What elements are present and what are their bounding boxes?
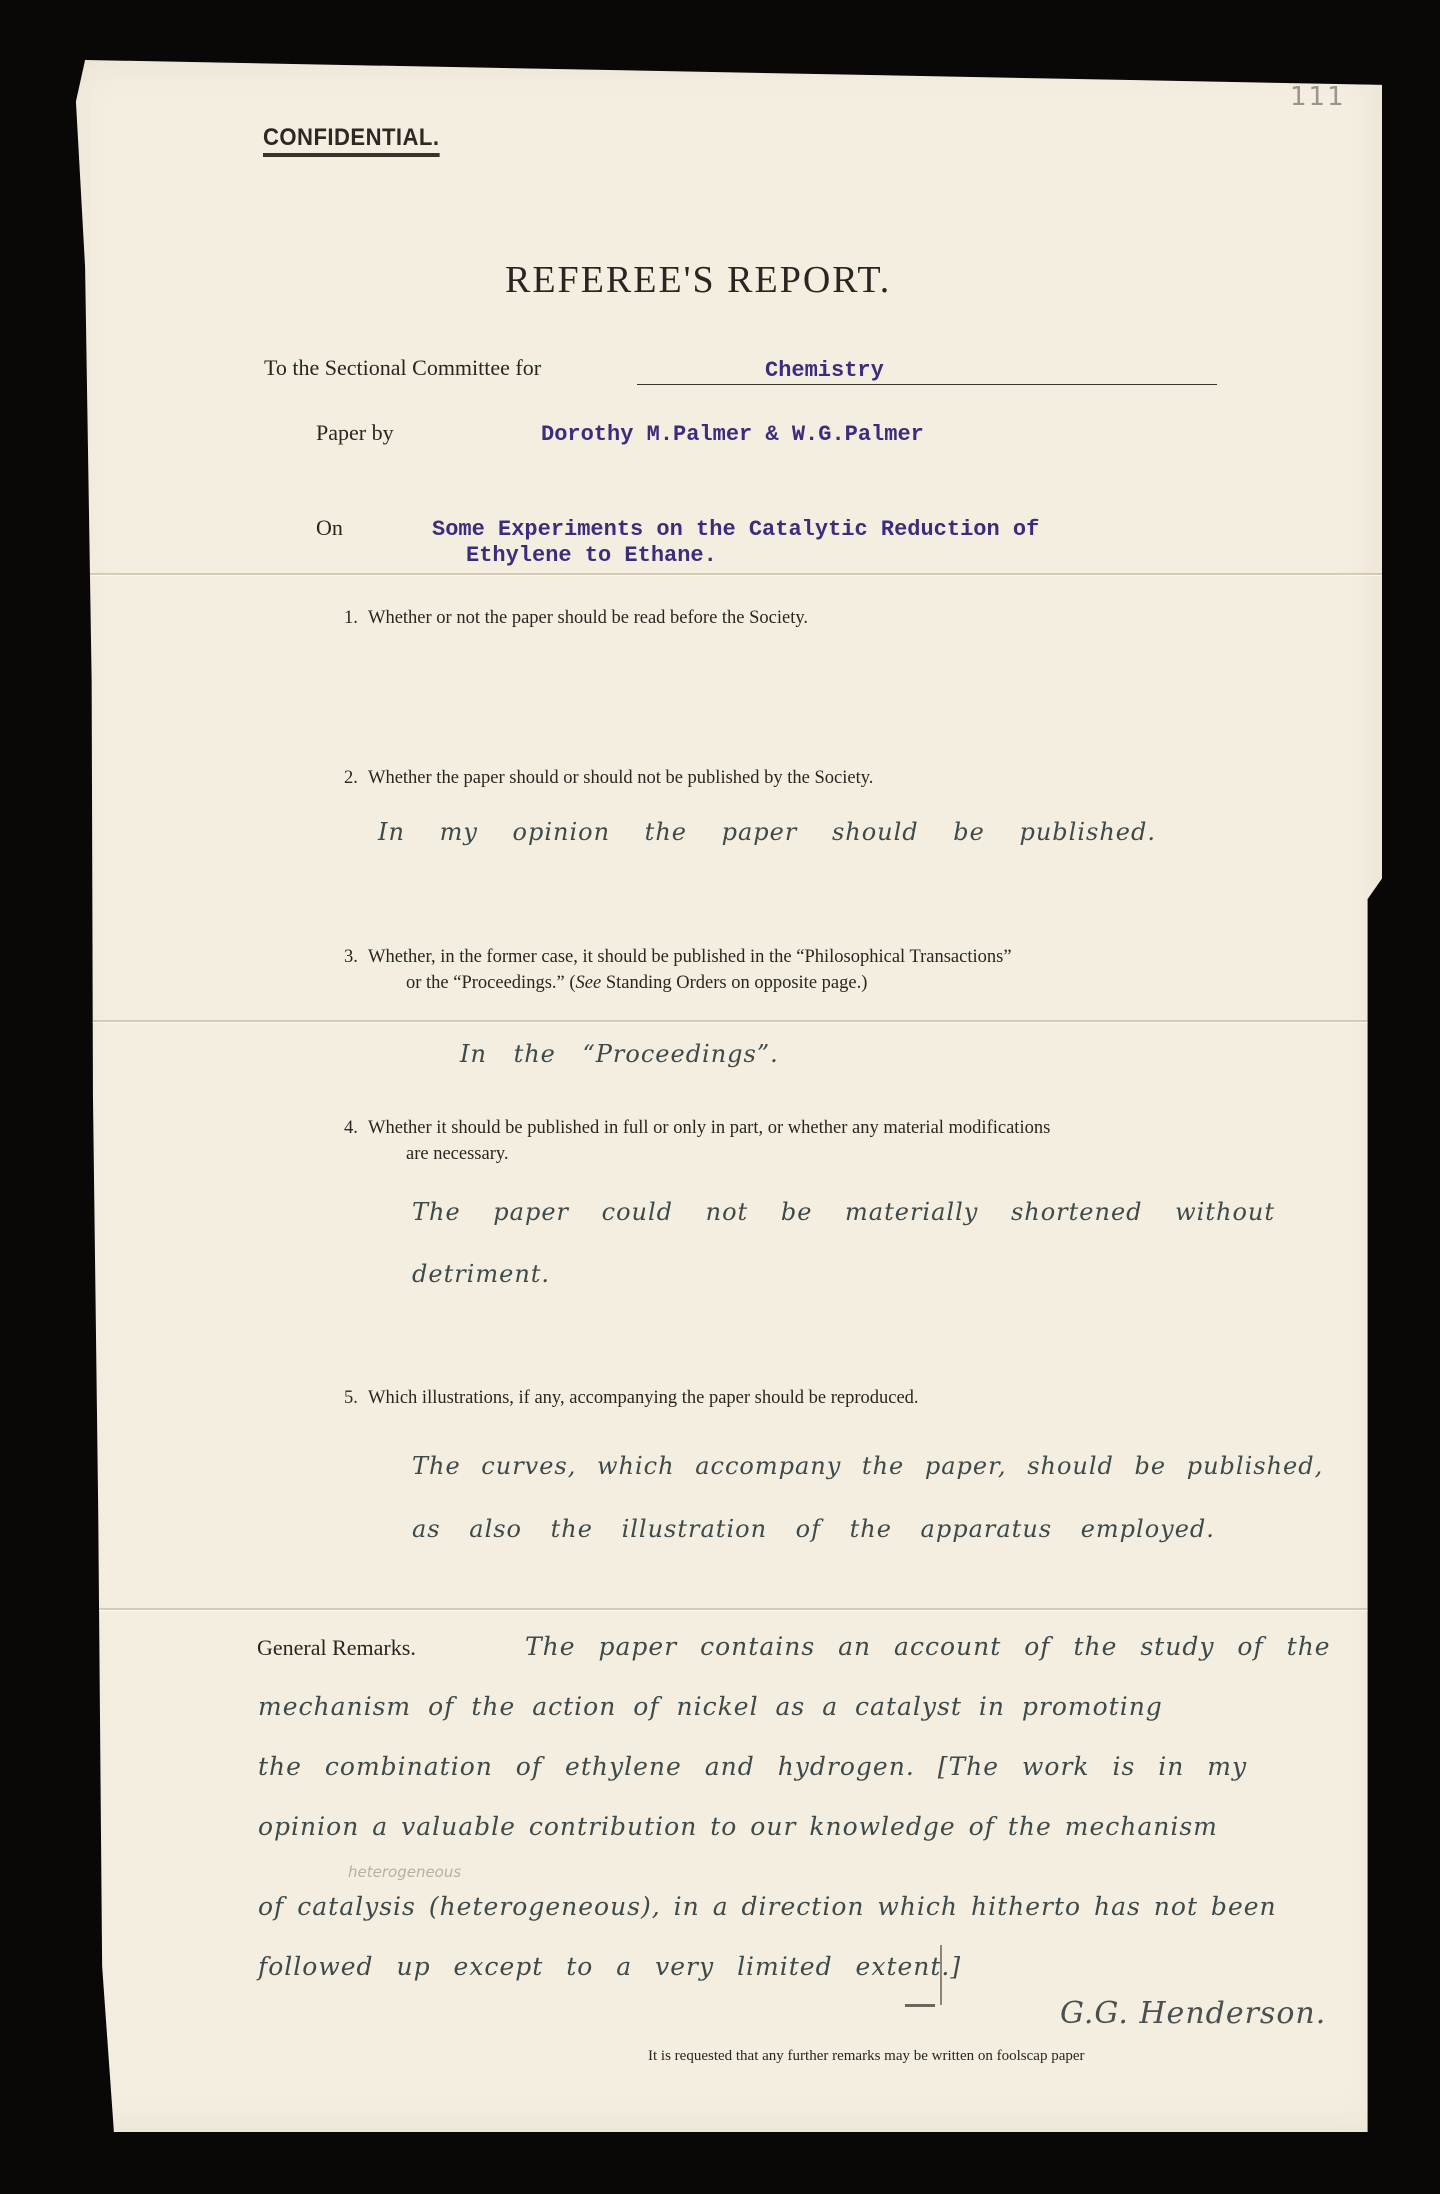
general-remarks-label: General Remarks. — [257, 1635, 416, 1661]
answer-5-line2: as also the illustration of the apparatu… — [412, 1515, 1215, 1543]
answer-4-line1: The paper could not be materially shorte… — [412, 1198, 1275, 1226]
bracket-mark — [922, 1945, 942, 2005]
question-2: 2.Whether the paper should or should not… — [344, 765, 873, 791]
remarks-line-4: opinion a valuable contribution to our k… — [258, 1798, 1218, 1856]
question-number: 5. — [344, 1385, 368, 1411]
paper-authors: Dorothy M.Palmer & W.G.Palmer — [541, 422, 924, 447]
question-number: 1. — [344, 605, 368, 631]
see-italic: See — [576, 973, 602, 993]
question-text-line2-end: Standing Orders on opposite page.) — [601, 973, 867, 993]
fold-line — [72, 1020, 1382, 1022]
bracket-underline — [905, 2004, 935, 2007]
paper-by-label: Paper by — [316, 420, 394, 446]
answer-3-handwritten: In the “Proceedings”. — [460, 1040, 779, 1068]
question-text: Whether the paper should or should not b… — [368, 768, 873, 788]
question-1: 1.Whether or not the paper should be rea… — [344, 605, 808, 631]
answer-2-handwritten: In my opinion the paper should be publis… — [378, 818, 1156, 846]
page-title: REFEREE'S REPORT. — [505, 258, 891, 302]
remarks-line-3: the combination of ethylene and hydrogen… — [258, 1738, 1247, 1796]
fold-line — [72, 573, 1382, 575]
question-text-line2: are necessary. — [344, 1141, 1050, 1167]
committee-value: Chemistry — [765, 358, 884, 383]
remarks-line-1: The paper contains an account of the stu… — [525, 1618, 1331, 1676]
referee-signature: G.G. Henderson. — [1060, 1996, 1326, 2031]
paper-title-line1: Some Experiments on the Catalytic Reduct… — [432, 517, 1039, 542]
committee-label: To the Sectional Committee for — [264, 355, 541, 381]
question-text: Which illustrations, if any, accompanyin… — [368, 1388, 919, 1408]
answer-5-line1: The curves, which accompany the paper, s… — [412, 1452, 1323, 1480]
page-number-mark: 111 — [1290, 82, 1346, 112]
question-number: 3. — [344, 944, 368, 970]
remarks-line-2: mechanism of the action of nickel as a c… — [258, 1678, 1163, 1736]
committee-blank-line — [637, 384, 1217, 385]
on-label: On — [316, 515, 343, 541]
question-number: 2. — [344, 765, 368, 791]
footer-note: It is requested that any further remarks… — [648, 2048, 1085, 2065]
question-5: 5.Which illustrations, if any, accompany… — [344, 1385, 919, 1411]
question-text-line1: Whether it should be published in full o… — [368, 1118, 1050, 1138]
question-text-line1: Whether, in the former case, it should b… — [368, 947, 1012, 967]
question-text-line2: or the “Proceedings.” ( — [406, 973, 576, 993]
question-number: 4. — [344, 1115, 368, 1141]
paper-title-line2: Ethylene to Ethane. — [466, 543, 717, 568]
remarks-line-5: of catalysis (heterogeneous), in a direc… — [258, 1878, 1277, 1936]
fold-line — [72, 1608, 1382, 1610]
question-4: 4.Whether it should be published in full… — [344, 1115, 1050, 1167]
question-3: 3.Whether, in the former case, it should… — [344, 944, 1012, 996]
confidential-label: CONFIDENTIAL. — [263, 124, 439, 157]
question-text: Whether or not the paper should be read … — [368, 608, 808, 628]
answer-4-line2: detriment. — [412, 1260, 550, 1288]
remarks-line-6: followed up except to a very limited ext… — [258, 1938, 961, 1996]
